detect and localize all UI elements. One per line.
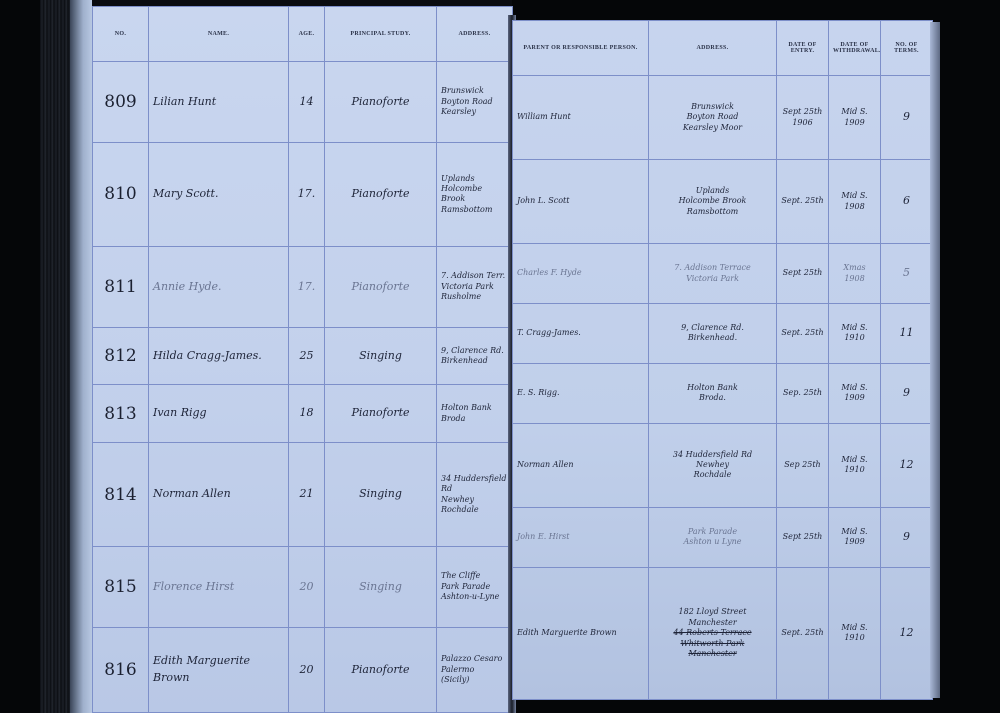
page-stack-edge (70, 0, 92, 713)
parent-name: Edith Marguerite Brown (513, 567, 649, 699)
date-of-entry: Sept. 25th (777, 303, 829, 363)
register-row-left: 816Edith Marguerite Brown20PianofortePal… (93, 627, 513, 712)
number-of-terms: 5 (881, 244, 933, 304)
address-line: Manchester (653, 618, 772, 628)
date-of-entry: Sept 25th (777, 507, 829, 567)
entry-number: 815 (93, 547, 149, 628)
student-address: 34 Huddersfield RdNewheyRochdale (437, 443, 513, 547)
address-line: Mid S. (833, 383, 876, 393)
address-line: 1910 (833, 633, 876, 643)
address-line: Birkenhead. (653, 333, 772, 343)
right-header-row: Parent or Responsible Person. Address. D… (513, 21, 933, 76)
address-line: Ramsbottom (441, 205, 508, 215)
parent-address: 7. Addison TerraceVictoria Park (649, 244, 777, 304)
principal-study: Pianoforte (325, 246, 437, 327)
address-line: Broda. (653, 393, 772, 403)
address-line: Palermo (441, 665, 508, 675)
student-age: 18 (289, 385, 325, 443)
principal-study: Pianoforte (325, 62, 437, 143)
address-line: (Sicily) (441, 675, 508, 685)
address-line: 34 Huddersfield Rd (653, 450, 772, 460)
address-line: 1908 (833, 202, 876, 212)
address-line: Brunswick (653, 102, 772, 112)
entry-number: 814 (93, 443, 149, 547)
address-line: 182 Lloyd Street (653, 607, 772, 617)
header-name: Name. (149, 7, 289, 62)
address-line: Holton Bank (653, 383, 772, 393)
parent-name: John L. Scott (513, 160, 649, 244)
student-name: Annie Hyde. (149, 246, 289, 327)
parent-name: Norman Allen (513, 423, 649, 507)
address-line: 34 Huddersfield Rd (441, 474, 508, 495)
principal-study: Singing (325, 443, 437, 547)
number-of-terms: 9 (881, 507, 933, 567)
address-line: Kearsley Moor (653, 123, 772, 133)
address-line: Park Parade (653, 527, 772, 537)
address-line: Newhey (441, 495, 508, 505)
register-row-right: T. Cragg-James.9, Clarence Rd.Birkenhead… (513, 303, 933, 363)
address-line: 9, Clarence Rd. (441, 346, 508, 356)
address-line: Park Parade (441, 582, 508, 592)
address-line: 1910 (833, 333, 876, 343)
entry-number: 816 (93, 627, 149, 712)
header-parent: Parent or Responsible Person. (513, 21, 649, 76)
header-principal-study: Principal Study. (325, 7, 437, 62)
parent-name: William Hunt (513, 76, 649, 160)
date-of-withdrawal: Mid S.1909 (829, 363, 881, 423)
entry-number: 813 (93, 385, 149, 443)
register-row-right: John E. HirstPark ParadeAshton u LyneSep… (513, 507, 933, 567)
number-of-terms: 12 (881, 423, 933, 507)
address-line: Uplands (653, 186, 772, 196)
principal-study: Pianoforte (325, 142, 437, 246)
address-line: 44 Roberts Terrace (653, 628, 772, 638)
entry-number: 811 (93, 246, 149, 327)
header-no-of-terms: No. of Terms. (881, 21, 933, 76)
student-age: 17. (289, 142, 325, 246)
address-line: 1908 (833, 274, 876, 284)
student-address: Palazzo CesaroPalermo(Sicily) (437, 627, 513, 712)
address-line: Rochdale (441, 505, 508, 515)
address-line: Holcombe Brook (441, 184, 508, 205)
student-name: Norman Allen (149, 443, 289, 547)
student-age: 25 (289, 327, 325, 385)
address-line: Ashton u Lyne (653, 537, 772, 547)
address-line: Uplands (441, 174, 508, 184)
address-line: Sep 25th (781, 460, 824, 470)
register-row-left: 810Mary Scott.17.PianoforteUplandsHolcom… (93, 142, 513, 246)
address-line: Mid S. (833, 455, 876, 465)
header-date-of-entry: Date of Entry. (777, 21, 829, 76)
right-page-table: Parent or Responsible Person. Address. D… (512, 20, 933, 700)
date-of-withdrawal: Xmas1908 (829, 244, 881, 304)
parent-address: Holton BankBroda. (649, 363, 777, 423)
header-parent-address: Address. (649, 21, 777, 76)
parent-name: Charles F. Hyde (513, 244, 649, 304)
address-line: Holton Bank (441, 403, 508, 413)
date-of-withdrawal: Mid S.1910 (829, 567, 881, 699)
student-address: 9, Clarence Rd.Birkenhead (437, 327, 513, 385)
address-line: Boyton Road (653, 112, 772, 122)
parent-address: 182 Lloyd StreetManchester44 Roberts Ter… (649, 567, 777, 699)
address-line: Rochdale (653, 470, 772, 480)
address-line: 1910 (833, 465, 876, 475)
address-line: Sept 25th (781, 532, 824, 542)
principal-study: Singing (325, 547, 437, 628)
date-of-entry: Sep. 25th (777, 363, 829, 423)
address-line: Broda (441, 414, 508, 424)
header-address: Address. (437, 7, 513, 62)
register-row-left: 815Florence Hirst20SingingThe CliffePark… (93, 547, 513, 628)
student-name: Edith Marguerite Brown (149, 627, 289, 712)
address-line: Victoria Park (653, 274, 772, 284)
register-row-right: Charles F. Hyde7. Addison TerraceVictori… (513, 244, 933, 304)
left-page-table: No. Name. Age. Principal Study. Address.… (92, 6, 513, 713)
parent-address: 9, Clarence Rd.Birkenhead. (649, 303, 777, 363)
register-row-left: 813Ivan Rigg18PianoforteHolton BankBroda (93, 385, 513, 443)
address-line: Sept. 25th (781, 628, 824, 638)
number-of-terms: 9 (881, 76, 933, 160)
principal-study: Pianoforte (325, 385, 437, 443)
student-address: 7. Addison Terr.Victoria ParkRusholme (437, 246, 513, 327)
student-age: 20 (289, 547, 325, 628)
address-line: Mid S. (833, 527, 876, 537)
number-of-terms: 6 (881, 160, 933, 244)
address-line: Mid S. (833, 107, 876, 117)
page-stack-edge-right (930, 22, 940, 698)
address-line: Kearsley (441, 107, 508, 117)
date-of-entry: Sept 25th1906 (777, 76, 829, 160)
student-address: BrunswickBoyton RoadKearsley (437, 62, 513, 143)
parent-address: BrunswickBoyton RoadKearsley Moor (649, 76, 777, 160)
student-age: 21 (289, 443, 325, 547)
address-line: Palazzo Cesaro (441, 654, 508, 664)
address-line: 1906 (781, 118, 824, 128)
address-line: Sep. 25th (781, 388, 824, 398)
address-line: 1909 (833, 537, 876, 547)
address-line: Newhey (653, 460, 772, 470)
date-of-entry: Sep 25th (777, 423, 829, 507)
address-line: Mid S. (833, 323, 876, 333)
address-line: Rusholme (441, 292, 508, 302)
register-row-right: William HuntBrunswickBoyton RoadKearsley… (513, 76, 933, 160)
parent-address: Park ParadeAshton u Lyne (649, 507, 777, 567)
address-line: Mid S. (833, 623, 876, 633)
date-of-withdrawal: Mid S.1908 (829, 160, 881, 244)
register-row-left: 812Hilda Cragg-James.25Singing9, Clarenc… (93, 327, 513, 385)
student-age: 14 (289, 62, 325, 143)
student-name: Ivan Rigg (149, 385, 289, 443)
address-line: Manchester (653, 649, 772, 659)
register-row-right: John L. ScottUplandsHolcombe BrookRamsbo… (513, 160, 933, 244)
address-line: Mid S. (833, 191, 876, 201)
number-of-terms: 9 (881, 363, 933, 423)
address-line: Boyton Road (441, 97, 508, 107)
date-of-withdrawal: Mid S.1910 (829, 303, 881, 363)
register-right-page: Parent or Responsible Person. Address. D… (512, 20, 932, 700)
address-line: Ramsbottom (653, 207, 772, 217)
date-of-withdrawal: Mid S.1910 (829, 423, 881, 507)
student-name: Hilda Cragg-James. (149, 327, 289, 385)
student-age: 20 (289, 627, 325, 712)
address-line: Sept. 25th (781, 328, 824, 338)
student-address: The CliffePark ParadeAshton-u-Lyne (437, 547, 513, 628)
student-name: Mary Scott. (149, 142, 289, 246)
register-row-right: Edith Marguerite Brown182 Lloyd StreetMa… (513, 567, 933, 699)
address-line: 9, Clarence Rd. (653, 323, 772, 333)
address-line: Sept 25th (781, 107, 824, 117)
address-line: 7. Addison Terr. (441, 271, 508, 281)
date-of-withdrawal: Mid S.1909 (829, 76, 881, 160)
address-line: Victoria Park (441, 282, 508, 292)
address-line: 1909 (833, 393, 876, 403)
student-age: 17. (289, 246, 325, 327)
address-line: Brunswick (441, 86, 508, 96)
header-age: Age. (289, 7, 325, 62)
address-line: Sept. 25th (781, 196, 824, 206)
date-of-entry: Sept. 25th (777, 160, 829, 244)
entry-number: 810 (93, 142, 149, 246)
date-of-entry: Sept. 25th (777, 567, 829, 699)
student-name: Lilian Hunt (149, 62, 289, 143)
student-name: Florence Hirst (149, 547, 289, 628)
student-address: Holton BankBroda (437, 385, 513, 443)
entry-number: 812 (93, 327, 149, 385)
parent-name: T. Cragg-James. (513, 303, 649, 363)
address-line: 7. Addison Terrace (653, 263, 772, 273)
address-line: Birkenhead (441, 356, 508, 366)
address-line: Holcombe Brook (653, 196, 772, 206)
register-row-left: 814Norman Allen21Singing34 Huddersfield … (93, 443, 513, 547)
number-of-terms: 11 (881, 303, 933, 363)
address-line: Sept 25th (781, 268, 824, 278)
student-address: UplandsHolcombe BrookRamsbottom (437, 142, 513, 246)
entry-number: 809 (93, 62, 149, 143)
register-row-right: Norman Allen34 Huddersfield RdNewheyRoch… (513, 423, 933, 507)
principal-study: Pianoforte (325, 627, 437, 712)
principal-study: Singing (325, 327, 437, 385)
register-row-right: E. S. Rigg.Holton BankBroda.Sep. 25thMid… (513, 363, 933, 423)
date-of-withdrawal: Mid S.1909 (829, 507, 881, 567)
address-line: The Cliffe (441, 571, 508, 581)
header-no: No. (93, 7, 149, 62)
parent-name: E. S. Rigg. (513, 363, 649, 423)
date-of-entry: Sept 25th (777, 244, 829, 304)
parent-address: UplandsHolcombe BrookRamsbottom (649, 160, 777, 244)
header-date-of-withdrawal: Date of Withdrawal. (829, 21, 881, 76)
register-left-page: No. Name. Age. Principal Study. Address.… (92, 0, 512, 713)
number-of-terms: 12 (881, 567, 933, 699)
address-line: 1909 (833, 118, 876, 128)
address-line: Xmas (833, 263, 876, 273)
parent-name: John E. Hirst (513, 507, 649, 567)
register-row-left: 811Annie Hyde.17.Pianoforte7. Addison Te… (93, 246, 513, 327)
address-line: Ashton-u-Lyne (441, 592, 508, 602)
address-line: Whitworth Park (653, 639, 772, 649)
parent-address: 34 Huddersfield RdNewheyRochdale (649, 423, 777, 507)
register-row-left: 809Lilian Hunt14PianoforteBrunswickBoyto… (93, 62, 513, 143)
left-header-row: No. Name. Age. Principal Study. Address. (93, 7, 513, 62)
